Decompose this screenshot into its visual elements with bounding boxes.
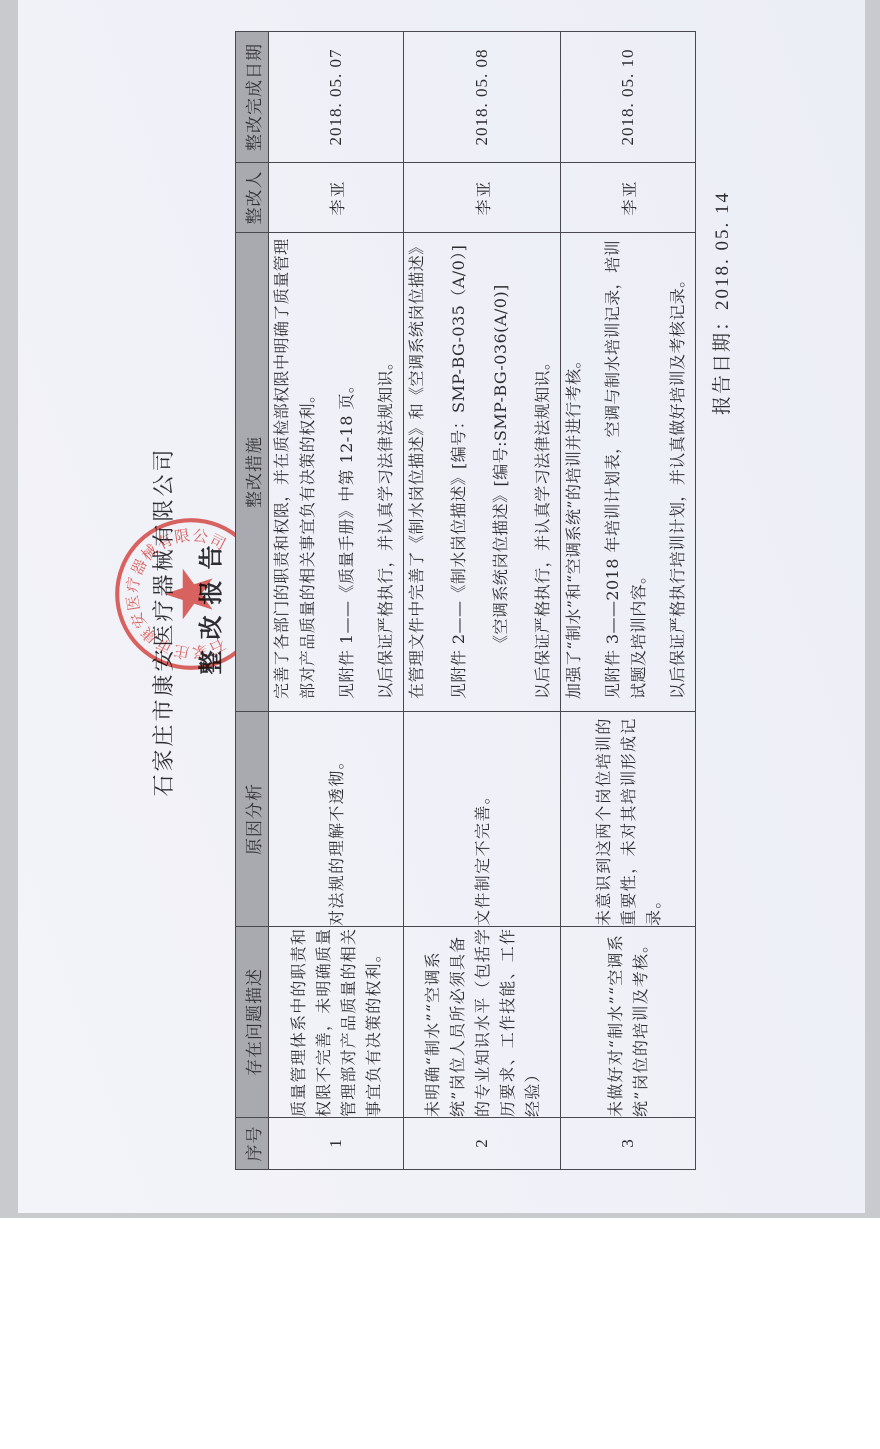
header-person: 整改人 [236,163,269,233]
header-measures: 整改措施 [236,233,269,712]
table-row: 2 未明确“制水”“空调系统”岗位人员所必须具备的专业知识水平（包括学历要求、工… [404,32,561,1170]
measure-text: 加强了“制水”和“空调系统”的培训并进行考核。 [561,237,587,699]
cause-analysis: 对法规的理解不透彻。 [269,712,404,927]
header-cause: 原因分析 [236,712,269,927]
table-header-row: 序号 存在问题描述 原因分析 整改措施 整改人 整改完成日期 [236,32,269,1170]
measures-cell: 完善了各部门的职责和权限，并在质检部权限中明确了质量管理部对产品质量的相关事宜负… [269,233,404,712]
scanned-page: 石家庄市康安医疗器械有限公司 整改报告 石家庄市康安医疗器械有限公司 序号 存在… [18,0,865,1213]
serial-number: 2 [404,1118,561,1170]
table-row: 3 未做好对“制水”“空调系统”岗位的培训及考核。 未意识到这两个岗位培训的重要… [561,32,696,1170]
cause-analysis: 未意识到这两个岗位培训的重要性，未对其培训形成记录。 [561,712,696,927]
responsible-person: 李亚 [561,163,696,233]
completion-date: 2018. 05. 07 [269,32,404,163]
measure-commitment: 以后保证严格执行培训计划，并认真做好培训及考核记录。 [665,237,691,699]
measure-attachment: 《空调系统岗位描述》[编号:SMP-BG-036(A/0)] [488,237,514,699]
completion-date: 2018. 05. 10 [561,32,696,163]
problem-description: 未做好对“制水”“空调系统”岗位的培训及考核。 [561,927,696,1118]
report-date-value: 2018. 05. 14 [712,191,733,310]
measure-attachment: 见附件 3——2018 年培训计划表，空调与制水培训记录，培训试题及培训内容。 [600,237,652,699]
measures-cell: 在管理文件中完善了《制水岗位描述》和《空调系统岗位描述》 见附件 2——《制水岗… [404,233,561,712]
serial-number: 1 [269,1118,404,1170]
measure-text: 完善了各部门的职责和权限，并在质检部权限中明确了质量管理部对产品质量的相关事宜负… [269,237,321,699]
header-problem: 存在问题描述 [236,927,269,1118]
problem-description: 质量管理体系中的职责和权限不完善，未明确质量管理部对产品质量的相关事宜负有决策的… [269,927,404,1118]
measures-cell: 加强了“制水”和“空调系统”的培训并进行考核。 见附件 3——2018 年培训计… [561,233,696,712]
problem-description: 未明确“制水”“空调系统”岗位人员所必须具备的专业知识水平（包括学历要求、工作技… [404,927,561,1118]
responsible-person: 李亚 [404,163,561,233]
serial-number: 3 [561,1118,696,1170]
measure-commitment: 以后保证严格执行，并认真学习法律法规知识。 [373,237,399,699]
rectification-table: 序号 存在问题描述 原因分析 整改措施 整改人 整改完成日期 1 质量管理体系中… [235,31,696,1170]
report-date: 报告日期：2018. 05. 14 [710,191,735,415]
report-date-label: 报告日期： [711,310,733,415]
measure-attachment: 见附件 2——《制水岗位描述》[编号：SMP-BG-035（A/0）] [446,237,472,699]
measure-attachment: 见附件 1——《质量手册》中第 12-18 页。 [334,237,360,699]
measure-commitment: 以后保证严格执行，并认真学习法律法规知识。 [530,237,556,699]
cause-analysis: 文件制定不完善。 [404,712,561,927]
table-row: 1 质量管理体系中的职责和权限不完善，未明确质量管理部对产品质量的相关事宜负有决… [269,32,404,1170]
measure-text: 在管理文件中完善了《制水岗位描述》和《空调系统岗位描述》 [404,237,430,699]
header-serial: 序号 [236,1118,269,1170]
seal-star-icon [164,569,212,620]
completion-date: 2018. 05. 08 [404,32,561,163]
responsible-person: 李亚 [269,163,404,233]
header-completion-date: 整改完成日期 [236,32,269,163]
